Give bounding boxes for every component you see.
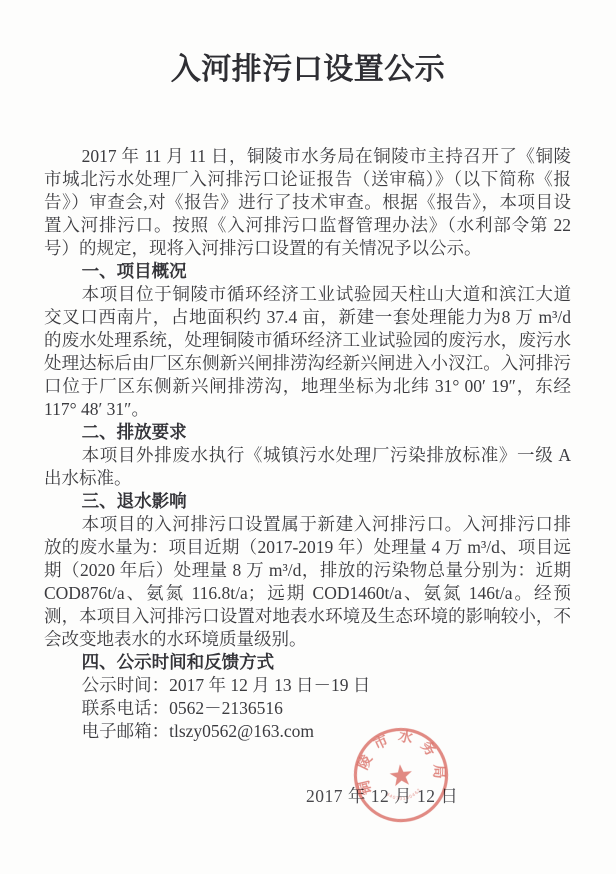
section-body-3: 本项目的入河排污口设置属于新建入河排污口。入河排污口排放的废水量为：项目近期（2… bbox=[44, 513, 571, 651]
svg-text:铜陵市水务局: 铜陵市水务局 bbox=[348, 722, 450, 798]
contact-email-line: 电子邮箱：tlszy0562@163.com bbox=[44, 720, 571, 743]
seal-star-icon bbox=[389, 763, 413, 786]
section-heading-1: 一、项目概况 bbox=[44, 260, 571, 283]
section-heading-3: 三、退水影响 bbox=[44, 490, 571, 513]
intro-paragraph: 2017 年 11 月 11 日，铜陵市水务局在铜陵市主持召开了《铜陵市城北污水… bbox=[44, 145, 571, 260]
document-body: 2017 年 11 月 11 日，铜陵市水务局在铜陵市主持召开了《铜陵市城北污水… bbox=[44, 145, 571, 743]
svg-text:34070100462: 34070100462 bbox=[385, 787, 423, 803]
seal-code-text: 34070100462 bbox=[385, 787, 423, 803]
section-body-1: 本项目位于铜陵市循环经济工业试验园天柱山大道和滨江大道交叉口西南片，占地面积约 … bbox=[44, 283, 571, 421]
contact-phone-line: 联系电话：0562－2136516 bbox=[44, 697, 571, 720]
announcement-document: 入河排污口设置公示 2017 年 11 月 11 日，铜陵市水务局在铜陵市主持召… bbox=[0, 0, 616, 874]
section-heading-2: 二、排放要求 bbox=[44, 421, 571, 444]
section-heading-4: 四、公示时间和反馈方式 bbox=[44, 651, 571, 674]
official-seal: 铜陵市水务局 34070100462 bbox=[347, 721, 455, 829]
page-title: 入河排污口设置公示 bbox=[0, 0, 616, 86]
section-body-2: 本项目外排废水执行《城镇污水处理厂污染排放标准》一级 A 出水标准。 bbox=[44, 444, 571, 490]
publicity-period-line: 公示时间：2017 年 12 月 13 日－19 日 bbox=[44, 674, 571, 697]
seal-organization-text: 铜陵市水务局 bbox=[348, 722, 450, 798]
